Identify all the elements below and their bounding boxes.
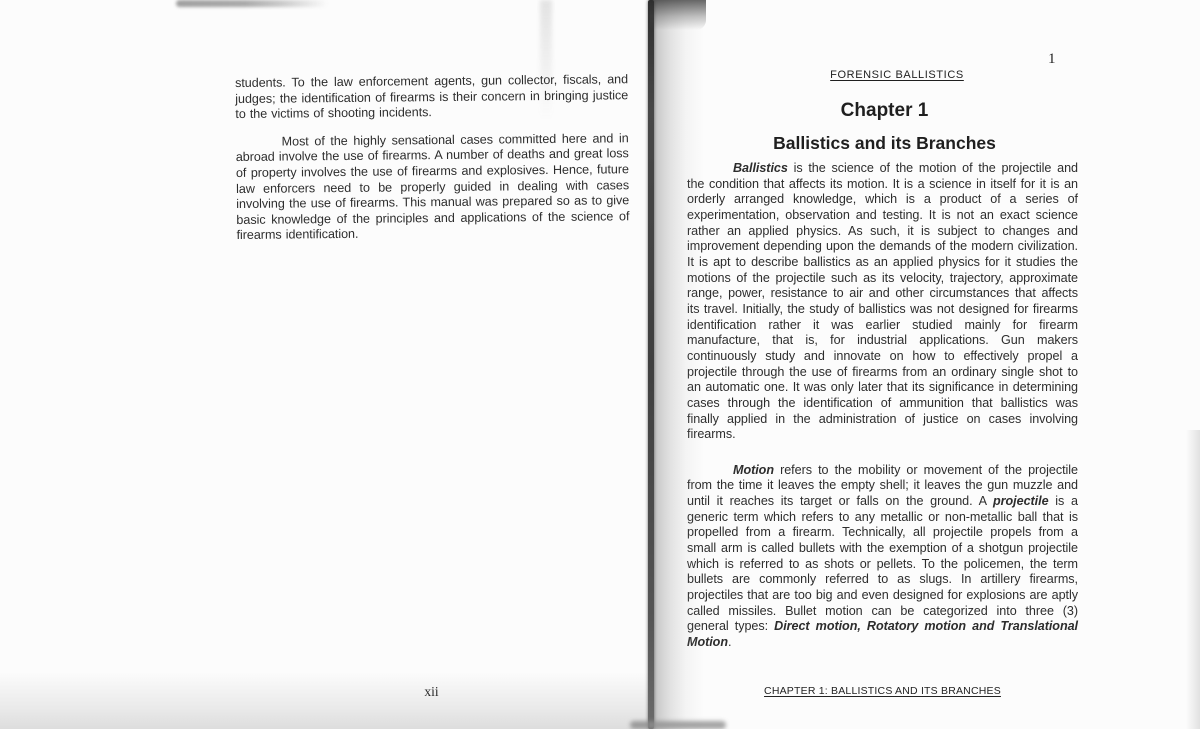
running-header: FORENSIC BALLISTICS bbox=[697, 69, 1097, 81]
right-page-text: Ballistics is the science of the motion … bbox=[687, 161, 1078, 651]
chapter-heading: Chapter 1 bbox=[687, 100, 1082, 122]
text-run: Most of the highly sensational cases com… bbox=[236, 131, 630, 242]
right-page: FORENSIC BALLISTICS 1 Chapter 1 Ballisti… bbox=[650, 0, 1200, 729]
page-crease bbox=[540, 0, 552, 120]
text-run: students. To the law enforcement agents,… bbox=[235, 72, 628, 121]
body-paragraph: Motion refers to the mobility or movemen… bbox=[687, 463, 1078, 651]
text-run: Ballistics bbox=[733, 161, 788, 175]
text-run: is the science of the motion of the proj… bbox=[687, 161, 1078, 441]
scan-smudge-bottom bbox=[630, 721, 726, 729]
text-run: Motion bbox=[733, 463, 774, 477]
book-spine-line bbox=[648, 0, 654, 729]
text-run: is a generic term which refers to any me… bbox=[687, 494, 1078, 633]
page-number: 1 bbox=[1048, 51, 1056, 68]
scan-smudge-top bbox=[176, 0, 328, 7]
book-scan: students. To the law enforcement agents,… bbox=[0, 0, 1200, 729]
body-paragraph: students. To the law enforcement agents,… bbox=[235, 72, 628, 123]
left-page: students. To the law enforcement agents,… bbox=[0, 0, 650, 729]
text-run: . bbox=[728, 635, 731, 649]
body-paragraph: Most of the highly sensational cases com… bbox=[236, 131, 630, 244]
text-run: projectile bbox=[993, 494, 1049, 508]
left-page-text: students. To the law enforcement agents,… bbox=[235, 72, 630, 244]
chapter-footer: CHAPTER 1: BALLISTICS AND ITS BRANCHES bbox=[687, 685, 1078, 697]
body-paragraph: Ballistics is the science of the motion … bbox=[687, 161, 1078, 443]
chapter-title: Ballistics and its Branches bbox=[687, 133, 1082, 154]
gutter-top-shadow bbox=[650, 0, 706, 30]
left-page-number: xii bbox=[235, 684, 628, 700]
